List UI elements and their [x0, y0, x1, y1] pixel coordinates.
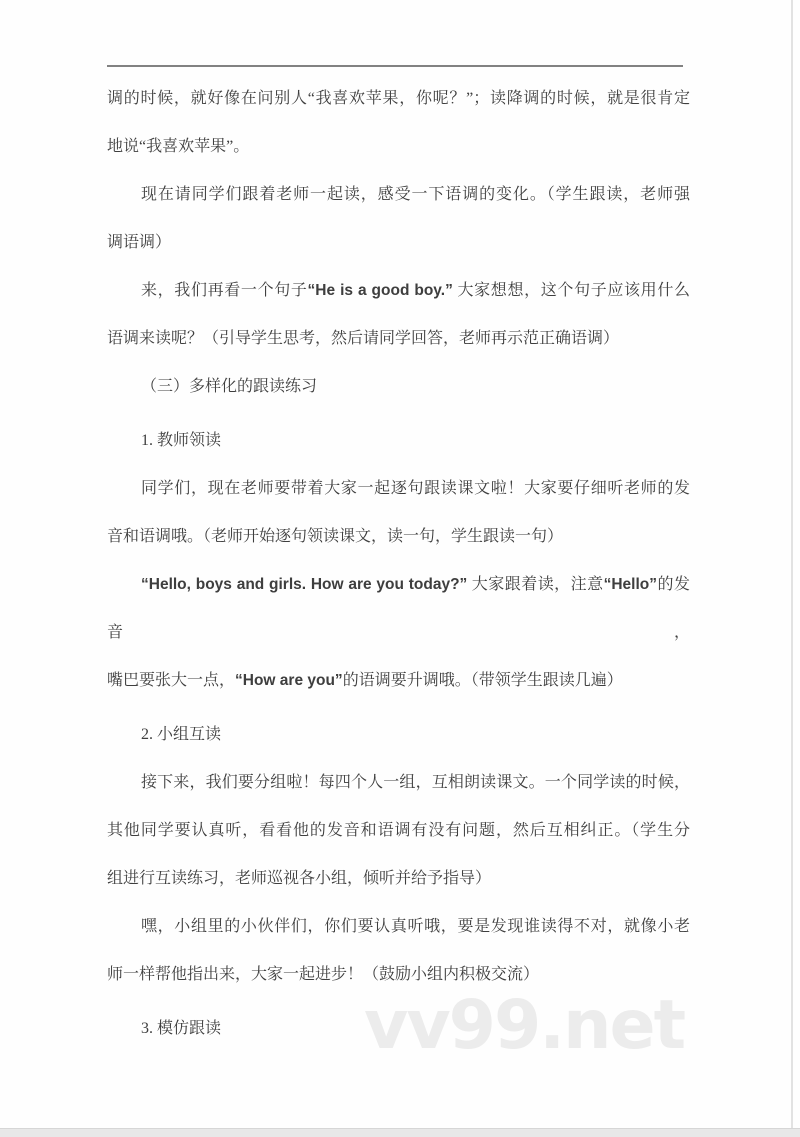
english-phrase: “Hello” — [604, 576, 657, 593]
document-line: 接下来，我们要分组啦！每四个人一组，互相朗读课文。一个同学读的时候， — [107, 759, 690, 807]
watermark: vv99.net — [364, 986, 684, 1065]
header-separator-rule — [107, 65, 683, 67]
english-phrase: “Hello, boys and girls. How are you toda… — [141, 576, 467, 593]
english-phrase: “He is a good boy.” — [308, 282, 453, 299]
document-line: 来，我们再看一个句子“He is a good boy.” 大家想想，这个句子应… — [107, 267, 690, 315]
document-line: “Hello, boys and girls. How are you toda… — [107, 561, 690, 657]
line-segment: 来，我们再看一个句子 — [141, 282, 308, 299]
line-segment: 的语调要升调哦。（带领学生跟读几遍） — [343, 672, 623, 689]
document-line: 嘴巴要张大一点，“How are you”的语调要升调哦。（带领学生跟读几遍） — [107, 657, 690, 705]
document-line: 语调来读呢？（引导学生思考，然后请同学回答，老师再示范正确语调） — [107, 315, 690, 363]
page-right-border — [791, 0, 793, 1128]
document-line: 其他同学要认真听，看看他的发音和语调有没有问题，然后互相纠正。（学生分 — [107, 807, 690, 855]
document-line: 调的时候，就好像在问别人“我喜欢苹果，你呢？”；读降调的时候，就是很肯定 — [107, 75, 690, 123]
document-line: 音和语调哦。（老师开始逐句领读课文，读一句，学生跟读一句） — [107, 513, 690, 561]
document-page: 调的时候，就好像在问别人“我喜欢苹果，你呢？”；读降调的时候，就是很肯定 地说“… — [0, 0, 800, 1137]
document-line: 组进行互读练习，老师巡视各小组，倾听并给予指导） — [107, 855, 690, 903]
english-phrase: “How are you” — [235, 672, 343, 689]
document-line: 现在请同学们跟着老师一起读，感受一下语调的变化。（学生跟读，老师强 — [107, 171, 690, 219]
document-line: 同学们，现在老师要带着大家一起逐句跟读课文啦！大家要仔细听老师的发 — [107, 465, 690, 513]
line-segment: 大家跟着读，注意 — [467, 576, 603, 593]
document-line: 调语调） — [107, 219, 690, 267]
document-line: 嘿，小组里的小伙伴们，你们要认真听哦，要是发现谁读得不对，就像小老 — [107, 903, 690, 951]
line-segment: 嘴巴要张大一点， — [107, 672, 235, 689]
document-body: 调的时候，就好像在问别人“我喜欢苹果，你呢？”；读降调的时候，就是很肯定 地说“… — [107, 75, 690, 1053]
numbered-heading: 1. 教师领读 — [107, 417, 690, 465]
line-segment: 大家想想，这个句子应该用什么 — [453, 282, 690, 299]
document-line: 地说“我喜欢苹果”。 — [107, 123, 690, 171]
page-bottom-edge — [0, 1128, 800, 1137]
section-heading: （三）多样化的跟读练习 — [107, 363, 690, 411]
numbered-heading: 2. 小组互读 — [107, 711, 690, 759]
